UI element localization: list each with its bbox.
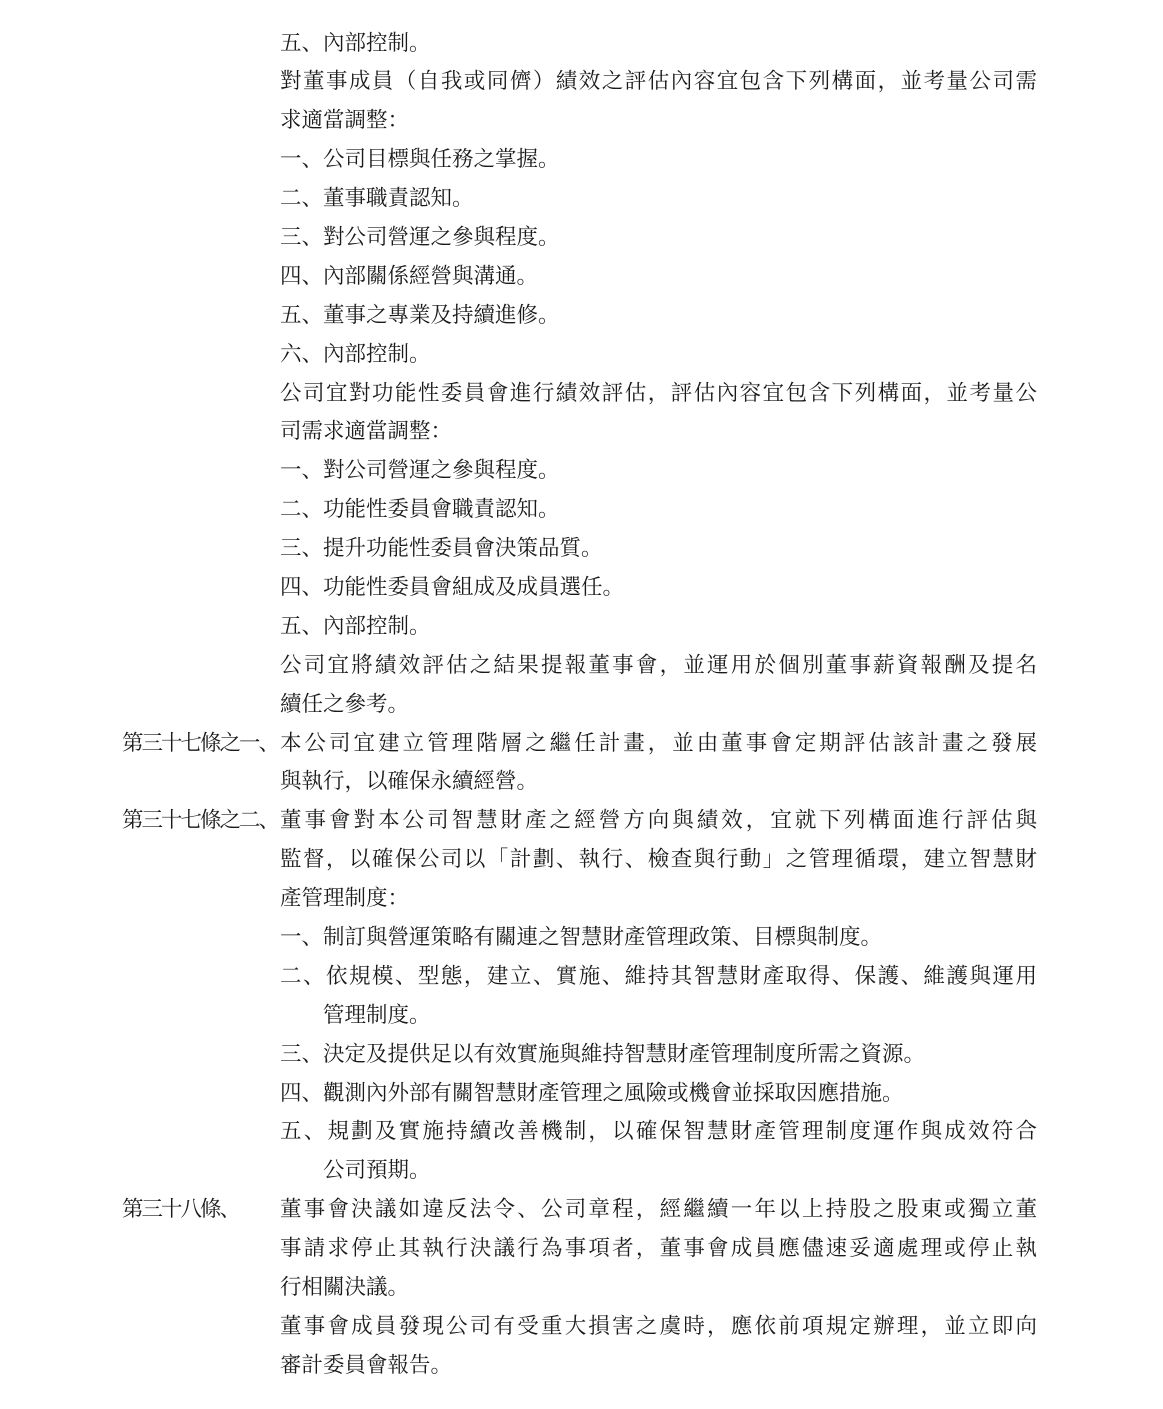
article-number: 第三十七條之一、 [122,724,278,763]
article-number: 第三十七條之二、 [122,801,278,840]
text-line: 五、規劃及實施持續改善機制，以確保智慧財產管理制度運作與成效符合 [280,1112,1037,1151]
text-line: 產管理制度： [280,879,1037,918]
text-line: 董事會成員發現公司有受重大損害之虞時，應依前項規定辦理，並立即向 [280,1307,1037,1346]
text-line: 董事會決議如違反法令、公司章程，經繼續一年以上持股之股東或獨立董 [280,1190,1037,1229]
article-section: 第三十七條之一、 本公司宜建立管理階層之繼任計畫，並由董事會定期評估該計畫之發展… [280,724,1037,802]
text-line: 三、提升功能性委員會決策品質。 [280,529,1037,568]
text-line: 董事會對本公司智慧財產之經營方向與績效，宜就下列構面進行評估與 [280,801,1037,840]
text-line: 三、決定及提供足以有效實施與維持智慧財產管理制度所需之資源。 [280,1035,1037,1074]
text-line: 公司預期。 [323,1151,1037,1190]
text-line: 一、對公司營運之參與程度。 [280,451,1037,490]
text-line: 續任之參考。 [280,685,1037,724]
text-line: 五、內部控制。 [280,607,1037,646]
text-line: 一、制訂與營運策略有關連之智慧財產管理政策、目標與制度。 [280,918,1037,957]
text-line: 管理制度。 [323,996,1037,1035]
text-line: 求適當調整： [280,101,1037,140]
article-number: 第三十八條、 [122,1190,239,1229]
text-line: 對董事成員（自我或同儕）績效之評估內容宜包含下列構面，並考量公司需 [280,62,1037,101]
text-line: 六、內部控制。 [280,335,1037,374]
text-line: 二、依規模、型態，建立、實施、維持其智慧財產取得、保護、維護與運用 [280,957,1037,996]
text-line: 二、功能性委員會職責認知。 [280,490,1037,529]
text-line: 本公司宜建立管理階層之繼任計畫，並由董事會定期評估該計畫之發展 [280,724,1037,763]
document-page: 五、內部控制。 對董事成員（自我或同儕）績效之評估內容宜包含下列構面，並考量公司… [0,0,1163,1409]
text-line: 司需求適當調整： [280,412,1037,451]
text-line: 監督，以確保公司以「計劃、執行、檢查與行動」之管理循環，建立智慧財 [280,840,1037,879]
text-line: 事請求停止其執行決議行為事項者，董事會成員應儘速妥適處理或停止執 [280,1229,1037,1268]
document-content: 五、內部控制。 對董事成員（自我或同儕）績效之評估內容宜包含下列構面，並考量公司… [0,0,1163,1385]
text-line: 審計委員會報告。 [280,1346,1037,1385]
article-section: 五、內部控制。 對董事成員（自我或同儕）績效之評估內容宜包含下列構面，並考量公司… [280,24,1037,724]
text-line: 二、董事職責認知。 [280,179,1037,218]
text-line: 公司宜對功能性委員會進行績效評估，評估內容宜包含下列構面，並考量公 [280,374,1037,413]
text-line: 一、公司目標與任務之掌握。 [280,140,1037,179]
text-line: 公司宜將績效評估之結果提報董事會，並運用於個別董事薪資報酬及提名 [280,646,1037,685]
article-section: 第三十八條、 董事會決議如違反法令、公司章程，經繼續一年以上持股之股東或獨立董 … [280,1190,1037,1384]
text-line: 四、內部關係經營與溝通。 [280,257,1037,296]
article-section: 第三十七條之二、 董事會對本公司智慧財產之經營方向與績效，宜就下列構面進行評估與… [280,801,1037,1190]
text-line: 五、董事之專業及持續進修。 [280,296,1037,335]
text-line: 四、功能性委員會組成及成員選任。 [280,568,1037,607]
text-line: 行相關決議。 [280,1268,1037,1307]
text-line: 五、內部控制。 [280,24,1037,63]
text-line: 與執行，以確保永續經營。 [280,762,1037,801]
text-line: 四、觀測內外部有關智慧財產管理之風險或機會並採取因應措施。 [280,1074,1037,1113]
text-line: 三、對公司營運之參與程度。 [280,218,1037,257]
